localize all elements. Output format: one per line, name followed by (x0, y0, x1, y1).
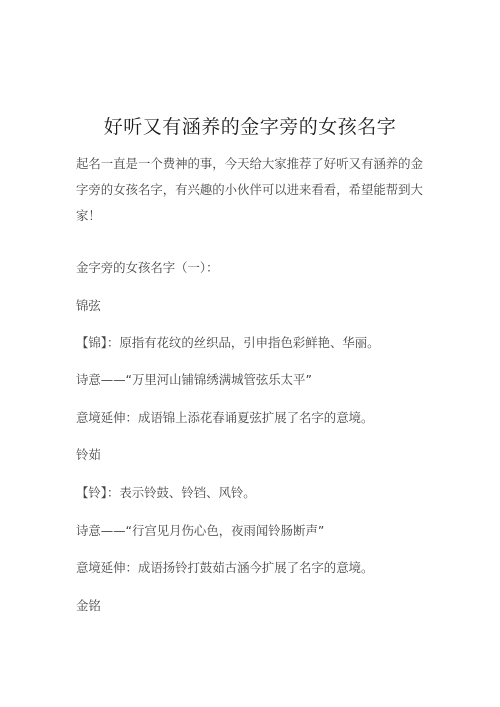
character-meaning: 【锦】：原指有花纹的丝织品，引申指色彩鲜艳、华丽。 (76, 334, 380, 352)
poetic-reference: 诗意——“万里河山铺锦绣满城管弦乐太平” (76, 371, 312, 389)
poetic-reference: 诗意——“行宫见月伤心色，夜雨闻铃肠断声” (76, 522, 324, 540)
document-title: 好听又有涵养的金字旁的女孩名字 (0, 114, 500, 140)
name-entry: 锦弦 (76, 297, 101, 315)
section-heading: 金字旁的女孩名字（一）： (76, 259, 219, 277)
name-entry: 铃茹 (76, 446, 101, 464)
intro-paragraph: 起名一直是一个费神的事，今天给大家推荐了好听又有涵养的金字旁的女孩名字，有兴趣的… (76, 151, 426, 229)
meaning-extension: 意境延伸：成语锦上添花春诵夏弦扩展了名字的意境。 (76, 409, 373, 427)
document-page: 好听又有涵养的金字旁的女孩名字 起名一直是一个费神的事，今天给大家推荐了好听又有… (0, 0, 500, 707)
name-entry: 金铭 (76, 597, 101, 615)
character-meaning: 【铃】：表示铃鼓、铃铛、风铃。 (76, 484, 256, 502)
meaning-extension: 意境延伸：成语扬铃打鼓茹古涵今扩展了名字的意境。 (76, 559, 373, 577)
